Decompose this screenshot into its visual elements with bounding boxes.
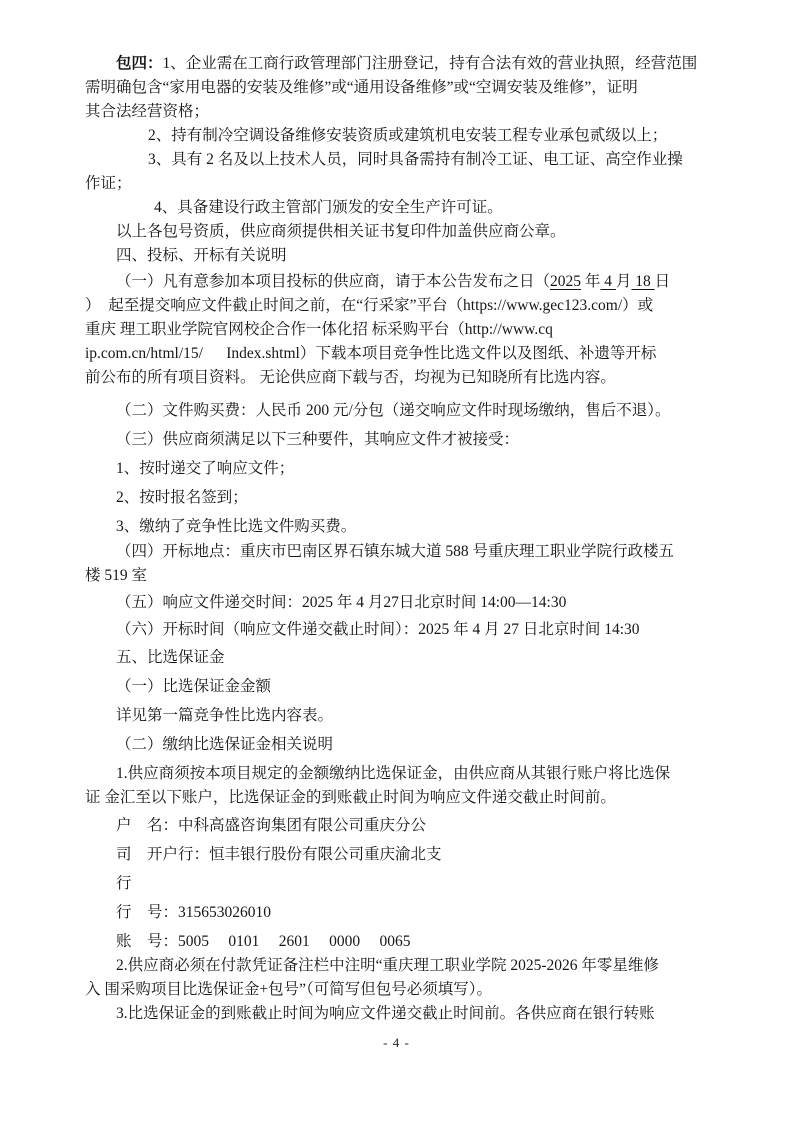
doc-line: 2.供应商必须在付款凭证备注栏中注明“重庆理工职业学院 2025-2026 年零… xyxy=(85,954,717,978)
document-body: 包四：1、企业需在工商行政管理部门注册登记，持有合法有效的营业执照，经营范围需明… xyxy=(85,52,717,1026)
text-run: （五）响应文件递交时间：2025 年 4 月27日北京时间 14:00—14:3… xyxy=(116,594,566,611)
doc-line: 账 号：5005 0101 2601 0000 0065 xyxy=(85,930,717,954)
text-run: 证 金汇至以下账户，比选保证金的到账截止时间为响应文件递交截止时间前。 xyxy=(85,789,616,806)
doc-line: 4、具备建设行政主管部门颁发的安全生产许可证。 xyxy=(85,196,717,220)
text-run: 司 开户行：恒丰银行股份有限公司重庆渝北支 xyxy=(116,846,442,863)
page-number: - 4 - xyxy=(0,1035,793,1051)
doc-line: ） 起至提交响应文件截止时间之前，在“行采家”平台（https://www.ge… xyxy=(85,294,717,318)
doc-line: ip.com.cn/html/15/ Index.shtml）下载本项目竞争性比… xyxy=(85,342,717,366)
text-run: 重庆 理工职业学院官网校企合作一体化招 标采购平台（http://www.cq xyxy=(85,321,553,338)
text-run: 详见第一篇竞争性比选内容表。 xyxy=(116,707,333,724)
text-run: 1、按时递交了响应文件； xyxy=(116,460,294,477)
text-run: （六）开标时间（响应文件递交截止时间）：2025 年 4 月 27 日北京时间 … xyxy=(116,621,640,638)
doc-line: 1.供应商须按本项目规定的金额缴纳比选保证金，由供应商从其银行账户将比选保 xyxy=(85,762,717,786)
doc-line: （二）缴纳比选保证金相关说明 xyxy=(85,733,717,757)
text-run: 户 名：中科高盛咨询集团有限公司重庆分公 xyxy=(116,817,426,834)
text-run: 1、企业需在工商行政管理部门注册登记，持有合法有效的营业执照，经营范围 xyxy=(163,55,698,72)
doc-line: 1、按时递交了响应文件； xyxy=(85,457,717,481)
text-run: 需明确包含“家用电器的安装及维修”或“通用设备维修”或“空调安装及维修”，证明 xyxy=(85,79,638,96)
text-run: 2.供应商必须在付款凭证备注栏中注明“重庆理工职业学院 2025-2026 年零… xyxy=(116,957,659,974)
text-run: （四）开标地点：重庆市巴南区界石镇东城大道 588 号重庆理工职业学院行政楼五 xyxy=(116,543,674,560)
text-run: （二）缴纳比选保证金相关说明 xyxy=(116,736,333,753)
text-run: 楼 519 室 xyxy=(85,567,147,584)
text-run: 四、投标、开标有关说明 xyxy=(116,247,287,264)
doc-line: 2、按时报名签到； xyxy=(85,486,717,510)
doc-line: 重庆 理工职业学院官网校企合作一体化招 标采购平台（http://www.cq xyxy=(85,318,717,342)
text-run: 作证； xyxy=(85,175,132,192)
text-run: 4、具备建设行政主管部门颁发的安全生产许可证。 xyxy=(154,199,503,216)
text-run: 账 号：5005 0101 2601 0000 0065 xyxy=(116,933,411,950)
doc-line: 3、缴纳了竞争性比选文件购买费。 xyxy=(85,515,717,539)
doc-line: （一）凡有意参加本项目投标的供应商，请于本公告发布之日（2025 年 4 月 1… xyxy=(85,270,717,294)
doc-line: （三）供应商须满足以下三种要件，其响应文件才被接受： xyxy=(85,428,717,452)
doc-line: 3.比选保证金的到账截止时间为响应文件递交截止时间前。各供应商在银行转账 xyxy=(85,1002,717,1026)
text-run: 2、按时报名签到； xyxy=(116,489,248,506)
text-run: 入 围采购项目比选保证金+包号”（可简写但包号必须填写）。 xyxy=(85,981,492,998)
doc-line: （一）比选保证金金额 xyxy=(85,675,717,699)
underlined-blank-run: 18 xyxy=(631,273,654,290)
text-run: 以上各包号资质，供应商须提供相关证书复印件加盖供应商公章。 xyxy=(116,223,566,240)
doc-line: （五）响应文件递交时间：2025 年 4 月27日北京时间 14:00—14:3… xyxy=(85,591,717,615)
text-run: （一）比选保证金金额 xyxy=(116,678,271,695)
doc-line: 行 xyxy=(85,872,717,896)
doc-line: 2、持有制冷空调设备维修安装资质或建筑机电安装工程专业承包贰级以上； xyxy=(85,124,717,148)
text-run: 行 号：315653026010 xyxy=(116,904,271,921)
text-run: 年 xyxy=(581,273,600,290)
text-run: ip.com.cn/html/15/ Index.shtml）下载本项目竞争性比… xyxy=(85,345,656,362)
doc-line: 司 开户行：恒丰银行股份有限公司重庆渝北支 xyxy=(85,843,717,867)
doc-line: 前公布的所有项目资料。 无论供应商下载与否，均视为已知晓所有比选内容。 xyxy=(85,366,717,390)
doc-line: 楼 519 室 xyxy=(85,564,717,588)
document-page: 包四：1、企业需在工商行政管理部门注册登记，持有合法有效的营业执照，经营范围需明… xyxy=(0,0,793,1122)
doc-line: 3、具有 2 名及以上技术人员，同时具备需持有制冷工证、电工证、高空作业操 xyxy=(85,148,717,172)
doc-line: 详见第一篇竞争性比选内容表。 xyxy=(85,704,717,728)
underlined-blank-run: 2025 xyxy=(550,273,581,290)
doc-line: 入 围采购项目比选保证金+包号”（可简写但包号必须填写）。 xyxy=(85,978,717,1002)
doc-line: 包四：1、企业需在工商行政管理部门注册登记，持有合法有效的营业执照，经营范围 xyxy=(85,52,717,76)
text-run: 2、持有制冷空调设备维修安装资质或建筑机电安装工程专业承包贰级以上； xyxy=(148,127,667,144)
doc-line: （四）开标地点：重庆市巴南区界石镇东城大道 588 号重庆理工职业学院行政楼五 xyxy=(85,540,717,564)
text-run: 月 xyxy=(616,273,632,290)
text-run: 3、缴纳了竞争性比选文件购买费。 xyxy=(116,518,356,535)
doc-line: 五、比选保证金 xyxy=(85,646,717,670)
doc-line: 需明确包含“家用电器的安装及维修”或“通用设备维修”或“空调安装及维修”，证明 xyxy=(85,76,717,100)
text-run: （一）凡有意参加本项目投标的供应商，请于本公告发布之日（ xyxy=(116,273,550,290)
bold-text-run: 包四： xyxy=(116,55,163,72)
doc-line: 行 号：315653026010 xyxy=(85,901,717,925)
text-run: 日 xyxy=(655,273,671,290)
text-run: （二）文件购买费：人民币 200 元/分包（递交响应文件时现场缴纳，售后不退）。 xyxy=(116,402,671,419)
doc-line: 作证； xyxy=(85,172,717,196)
doc-line: （二）文件购买费：人民币 200 元/分包（递交响应文件时现场缴纳，售后不退）。 xyxy=(85,399,717,423)
underlined-blank-run: 4 xyxy=(600,273,616,290)
doc-line: 其合法经营资格； xyxy=(85,100,717,124)
text-run: 五、比选保证金 xyxy=(116,649,225,666)
text-run: 1.供应商须按本项目规定的金额缴纳比选保证金，由供应商从其银行账户将比选保 xyxy=(116,765,670,782)
doc-line: 以上各包号资质，供应商须提供相关证书复印件加盖供应商公章。 xyxy=(85,220,717,244)
text-run: 其合法经营资格； xyxy=(85,103,209,120)
doc-line: （六）开标时间（响应文件递交截止时间）：2025 年 4 月 27 日北京时间 … xyxy=(85,618,717,642)
text-run: 行 xyxy=(116,875,132,892)
text-run: 前公布的所有项目资料。 无论供应商下载与否，均视为已知晓所有比选内容。 xyxy=(85,369,616,386)
doc-line: 四、投标、开标有关说明 xyxy=(85,244,717,268)
text-run: ） 起至提交响应文件截止时间之前，在“行采家”平台（https://www.ge… xyxy=(85,297,653,314)
doc-line: 户 名：中科高盛咨询集团有限公司重庆分公 xyxy=(85,814,717,838)
text-run: 3、具有 2 名及以上技术人员，同时具备需持有制冷工证、电工证、高空作业操 xyxy=(148,151,683,168)
text-run: （三）供应商须满足以下三种要件，其响应文件才被接受： xyxy=(116,431,519,448)
text-run: 3.比选保证金的到账截止时间为响应文件递交截止时间前。各供应商在银行转账 xyxy=(116,1005,655,1022)
doc-line: 证 金汇至以下账户，比选保证金的到账截止时间为响应文件递交截止时间前。 xyxy=(85,786,717,810)
